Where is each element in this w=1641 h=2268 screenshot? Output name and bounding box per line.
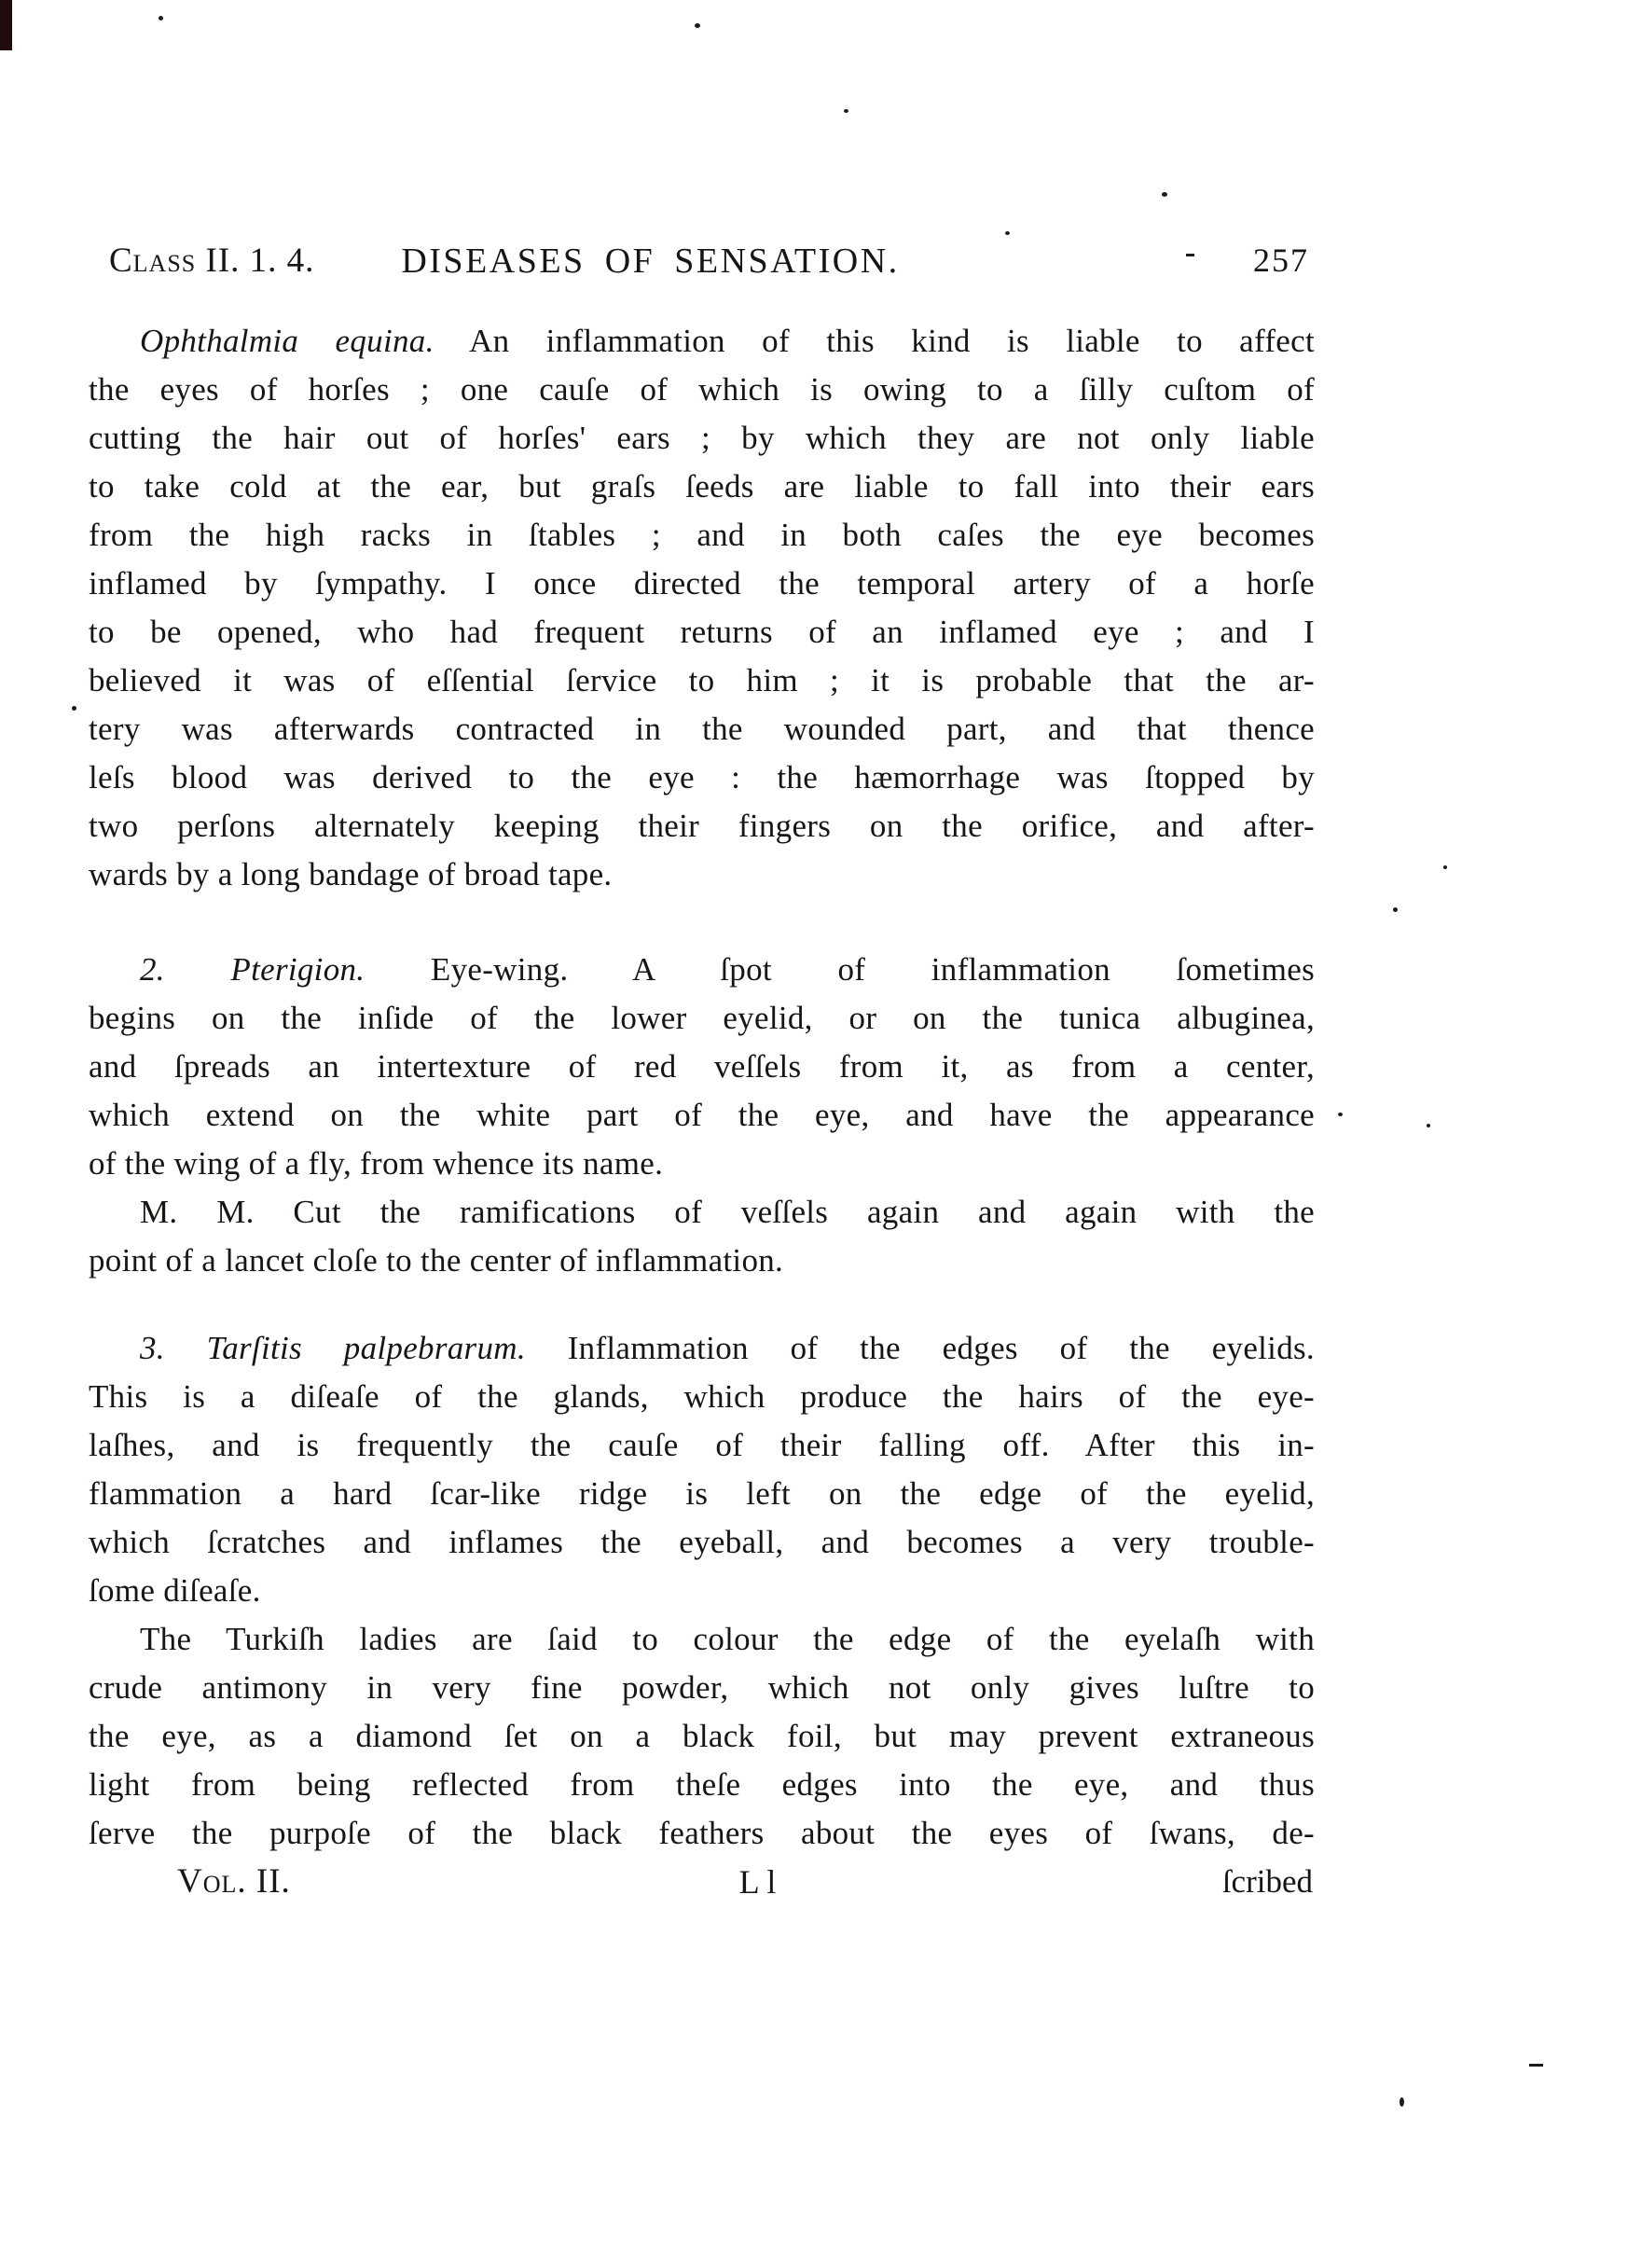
scan-speck	[1393, 907, 1398, 912]
page-header: Class II. 1. 4. DISEASES OF SENSATION. 2…	[89, 241, 1315, 289]
scan-speck	[72, 706, 76, 711]
text-line: and ſpreads an intertexture of red veſſe…	[89, 1043, 1315, 1091]
paragraph-first-line-text: Eye-wing. A ſpot of inflammation ſometim…	[365, 951, 1315, 988]
page-number: 257	[1253, 241, 1309, 280]
paragraph-first-line: Ophthalmia equina. An inflammation of th…	[89, 317, 1315, 366]
text-line: the eye, as a diamond ſet on a black foi…	[89, 1712, 1315, 1761]
text-line: point of a lancet cloſe to the center of…	[89, 1237, 1315, 1285]
scan-speck	[1162, 192, 1167, 197]
text-line: believed it was of eſſential ſervice to …	[89, 657, 1315, 705]
text-line: two perſons alternately keeping their fi…	[89, 802, 1315, 850]
running-title: DISEASES OF SENSATION.	[401, 241, 899, 282]
paragraph-lines: point of a lancet cloſe to the center of…	[89, 1237, 1315, 1285]
paragraph-lines: crude antimony in very fine powder, whic…	[89, 1664, 1315, 1858]
text-line: tery was afterwards contracted in the wo…	[89, 705, 1315, 754]
paragraph-ophthalmia-equina: Ophthalmia equina. An inflammation of th…	[89, 317, 1315, 899]
volume-label: Vol. II.	[177, 1858, 291, 1906]
paragraph-first-line-text: An inflammation of this kind is liable t…	[434, 323, 1315, 359]
paragraph-lead-italic: Ophthalmia equina.	[140, 323, 434, 359]
scan-speck	[844, 109, 848, 113]
page-footer: Vol. II. L l ſcribed	[89, 1858, 1315, 1906]
text-column: Class II. 1. 4. DISEASES OF SENSATION. 2…	[89, 241, 1315, 1906]
paragraph-lines: the eyes of horſes ; one cauſe of which …	[89, 366, 1315, 899]
text-line: which ſcratches and inflames the eyeball…	[89, 1518, 1315, 1567]
paragraph-first-line: The Turkiſh ladies are ſaid to colour th…	[89, 1615, 1315, 1664]
paragraph-tarsitis-palpebrarum: 3. Tarſitis palpebrarum. Inflammation of…	[89, 1324, 1315, 1615]
text-line: flammation a hard ſcar-like ridge is lef…	[89, 1470, 1315, 1518]
catchword: ſcribed	[1222, 1858, 1313, 1906]
scan-speck	[1529, 2064, 1543, 2067]
text-line: This is a diſeaſe of the glands, which p…	[89, 1373, 1315, 1421]
text-line: ſome diſeaſe.	[89, 1567, 1315, 1615]
text-line: begins on the inſide of the lower eyelid…	[89, 994, 1315, 1043]
paragraph-first-line: 3. Tarſitis palpebrarum. Inflammation of…	[89, 1324, 1315, 1373]
text-line: laſhes, and is frequently the cauſe of t…	[89, 1421, 1315, 1470]
text-line: leſs blood was derived to the eye : the …	[89, 754, 1315, 802]
paragraph-lines: begins on the inſide of the lower eyelid…	[89, 994, 1315, 1188]
scan-speck	[695, 23, 700, 28]
scan-speck	[1443, 865, 1447, 869]
paragraph-materia-medica: M. M. Cut the ramifications of veſſels a…	[89, 1188, 1315, 1285]
text-line: wards by a long bandage of broad tape.	[89, 850, 1315, 899]
scan-speck	[1005, 231, 1010, 235]
paragraph-turkish-ladies: The Turkiſh ladies are ſaid to colour th…	[89, 1615, 1315, 1858]
text-line: which extend on the white part of the ey…	[89, 1091, 1315, 1140]
text-line: light from being reflected from theſe ed…	[89, 1761, 1315, 1809]
text-line: from the high racks in ſtables ; and in …	[89, 511, 1315, 560]
text-line: cutting the hair out of horſes' ears ; b…	[89, 414, 1315, 463]
text-line: ſerve the purpoſe of the black feathers …	[89, 1809, 1315, 1858]
paragraph-lead-italic: 2. Pterigion.	[140, 951, 365, 988]
paragraph-lines: This is a diſeaſe of the glands, which p…	[89, 1373, 1315, 1615]
paragraph-first-line-text: Inflammation of the edges of the eyelids…	[526, 1330, 1315, 1366]
scanned-book-page: Class II. 1. 4. DISEASES OF SENSATION. 2…	[0, 0, 1641, 2268]
text-line: to be opened, who had frequent returns o…	[89, 608, 1315, 657]
scan-speck	[1400, 2097, 1404, 2107]
text-line: inflamed by ſympathy. I once directed th…	[89, 560, 1315, 608]
paragraph-first-line: M. M. Cut the ramifications of veſſels a…	[89, 1188, 1315, 1237]
text-line: the eyes of horſes ; one cauſe of which …	[89, 366, 1315, 414]
text-line: crude antimony in very fine powder, whic…	[89, 1664, 1315, 1712]
paragraph-lead-italic: 3. Tarſitis palpebrarum.	[140, 1330, 526, 1366]
paragraph-first-line-text: M. M. Cut the ramifications of veſſels a…	[140, 1194, 1315, 1230]
signature-mark: L l	[739, 1858, 777, 1906]
section-label: Class II. 1. 4.	[109, 241, 314, 281]
scan-edge-mark	[0, 0, 12, 50]
text-line: to take cold at the ear, but graſs ſeeds…	[89, 463, 1315, 511]
text-line: of the wing of a fly, from whence its na…	[89, 1140, 1315, 1188]
paragraph-first-line: 2. Pterigion. Eye-wing. A ſpot of inflam…	[89, 946, 1315, 994]
scan-speck	[1338, 1113, 1343, 1116]
paragraph-first-line-text: The Turkiſh ladies are ſaid to colour th…	[140, 1621, 1315, 1657]
scan-speck	[1427, 1124, 1430, 1127]
paragraph-pterigion: 2. Pterigion. Eye-wing. A ſpot of inflam…	[89, 946, 1315, 1188]
scan-speck	[159, 16, 163, 21]
